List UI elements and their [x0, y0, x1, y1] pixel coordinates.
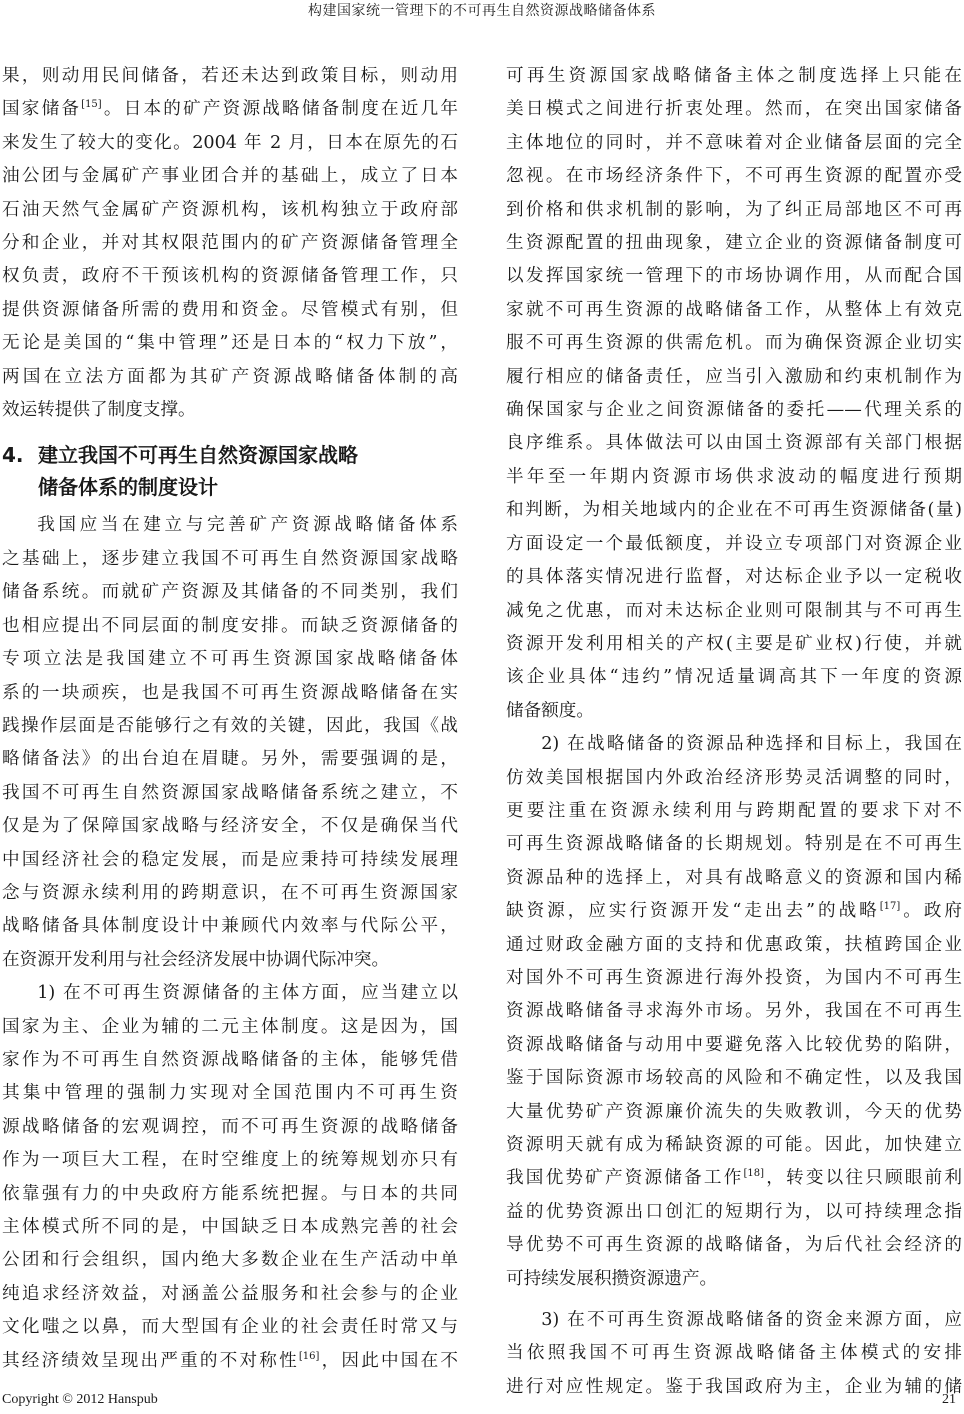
page-number: 21: [942, 1392, 956, 1408]
paragraph-item-2: 2) 在战略储备的资源品种选择和目标上，我国在 仿效美国根据国内外政治经济形势灵…: [506, 728, 962, 1296]
text-fragment: 。日本的矿产资源战略储备制度在近几年: [102, 99, 458, 119]
text-line: 可再生资源战略储备的长期规划。特别是在不可再生: [506, 828, 962, 861]
text-line: 资源明天就有成为稀缺资源的可能。因此，加快建立: [506, 1129, 962, 1162]
text-line: 到价格和供求机制的影响，为了纠正局部地区不可再: [506, 194, 962, 227]
text-line: 纯追求经济效益，对涵盖公益服务和社会参与的企业: [2, 1278, 458, 1311]
text-line: 践操作层面是否能够行之有效的关键，因此，我国《战: [2, 710, 458, 743]
text-line: 两国在立法方面都为其矿产资源战略储备体制的高: [2, 361, 458, 394]
text-line: 公团和行会组织，国内绝大多数企业在生产活动中单: [2, 1244, 458, 1277]
section-number: 4.: [2, 439, 38, 471]
right-column: 可再生资源国家战略储备主体之制度选择上只能在 美日模式之间进行折衷处理。然而，在…: [506, 60, 962, 1404]
text-line: 鉴于国际资源市场较高的风险和不确定性，以及我国: [506, 1062, 962, 1095]
text-line: 储备额度。: [506, 695, 962, 728]
text-line: 生资源配置的扭曲现象，建立企业的资源储备制度可: [506, 227, 962, 260]
text-line: 资源品种的选择上，对具有战略意义的资源和国内稀: [506, 862, 962, 895]
text-fragment: 我国优势矿产资源储备工作: [506, 1168, 744, 1188]
text-fragment: ，转变以往只顾眼前利: [764, 1168, 962, 1188]
text-line: 略储备法》的出台迫在眉睫。另外，需要强调的是，: [2, 743, 458, 776]
text-fragment: 。政府: [900, 901, 962, 921]
text-line: 主体地位的同时，并不意味着对企业储备层面的完全: [506, 127, 962, 160]
text-line: 其集中管理的强制力实现对全国范围内不可再生资: [2, 1077, 458, 1110]
text-line: 履行相应的储备责任，应当引入激励和约束机制作为: [506, 361, 962, 394]
text-line: 资源战略储备与动用中要避免落入比较优势的陷阱，: [506, 1029, 962, 1062]
text-line: 依靠强有力的中央政府方能系统把握。与日本的共同: [2, 1178, 458, 1211]
text-fragment: 缺资源，应实行资源开发“走出去”的战略: [506, 901, 880, 921]
text-line: 良序维系。具体做法可以由国土资源部有关部门根据: [506, 427, 962, 460]
text-line: 储备系统。而就矿产资源及其储备的不同类别，我们: [2, 576, 458, 609]
text-line: 导优势不可再生资源的战略储备，为后代社会经济的: [506, 1229, 962, 1262]
text-line: 之基础上，逐步建立我国不可再生自然资源国家战略: [2, 543, 458, 576]
paragraph-item-1: 1) 在不可再生资源储备的主体方面，应当建立以 国家为主、企业为辅的二元主体制度…: [2, 977, 458, 1378]
text-line: 确保国家与企业之间资源储备的委托——代理关系的: [506, 394, 962, 427]
running-header: 构建国家统一管理下的不可再生自然资源战略储备体系: [0, 0, 964, 22]
text-line: 方面设定一个最低额度，并设立专项部门对资源企业: [506, 528, 962, 561]
text-line: 益的优势资源出口创汇的短期行为，以可持续理念指: [506, 1196, 962, 1229]
text-line: 权负责，政府不干预该机构的资源储备管理工作，只: [2, 260, 458, 293]
citation-ref[interactable]: [16]: [299, 1351, 320, 1362]
text-line: 战略储备具体制度设计中兼顾代内效率与代际公平，: [2, 910, 458, 943]
text-line: 国家储备[15]。日本的矿产资源战略储备制度在近几年: [2, 93, 458, 126]
text-line: 以发挥国家统一管理下的市场协调作用，从而配合国: [506, 260, 962, 293]
text-line: 资源战略储备寻求海外市场。另外，我国在不可再生: [506, 995, 962, 1028]
text-line: 源战略储备的宏观调控，而不可再生资源的战略储备: [2, 1111, 458, 1144]
text-line: 也相应提出不同层面的制度安排。而缺乏资源储备的: [2, 610, 458, 643]
text-line: 作为一项巨大工程，在时空维度上的统筹规划亦只有: [2, 1144, 458, 1177]
text-line: 专项立法是我国建立不可再生资源国家战略储备体: [2, 643, 458, 676]
text-line: 缺资源，应实行资源开发“走出去”的战略[17]。政府: [506, 895, 962, 928]
section-title-line1: 建立我国不可再生自然资源国家战略: [38, 443, 358, 467]
text-line: 家就不可再生资源的战略储备工作，从整体上有效克: [506, 294, 962, 327]
text-line: 家作为不可再生自然资源战略储备的主体，能够凭借: [2, 1044, 458, 1077]
text-fragment: 其经济绩效呈现出严重的不对称性: [2, 1351, 299, 1371]
text-line: 无论是美国的“集中管理”还是日本的“权力下放”，: [2, 327, 458, 360]
text-line: 3) 在不可再生资源战略储备的资金来源方面，应: [506, 1304, 962, 1337]
text-line: 提供资源储备所需的费用和资金。尽管模式有别，但: [2, 294, 458, 327]
text-line: 可再生资源国家战略储备主体之制度选择上只能在: [506, 60, 962, 93]
citation-ref[interactable]: [17]: [880, 901, 901, 912]
text-fragment: ，因此中国在不: [319, 1351, 458, 1371]
citation-ref[interactable]: [15]: [81, 99, 102, 110]
text-line: 我国不可再生自然资源国家战略储备系统之建立，不: [2, 777, 458, 810]
text-line: 来发生了较大的变化。2004 年 2 月，日本在原先的石: [2, 127, 458, 160]
text-line: 我国优势矿产资源储备工作[18]，转变以往只顾眼前利: [506, 1162, 962, 1195]
text-line: 石油天然气金属矿产资源机构，该机构独立于政府部: [2, 194, 458, 227]
text-line: 通过财政金融方面的支持和优惠政策，扶植跨国企业: [506, 929, 962, 962]
text-line: 果，则动用民间储备，若还未达到政策目标，则动用: [2, 60, 458, 93]
text-line: 对国外不可再生资源进行海外投资，为国内不可再生: [506, 962, 962, 995]
paragraph-intro: 我国应当在建立与完善矿产资源战略储备体系 之基础上，逐步建立我国不可再生自然资源…: [2, 509, 458, 977]
text-line: 效运转提供了制度支撑。: [2, 394, 458, 427]
text-line: 中国经济社会的稳定发展，而是应秉持可持续发展理: [2, 844, 458, 877]
text-line: 念与资源永续利用的跨期意识，在不可再生资源国家: [2, 877, 458, 910]
paragraph-item-3: 3) 在不可再生资源战略储备的资金来源方面，应 当依照我国不可再生资源战略储备主…: [506, 1304, 962, 1404]
text-line: 大量优势矿产资源廉价流失的失败教训，今天的优势: [506, 1096, 962, 1129]
text-line: 国家为主、企业为辅的二元主体制度。这是因为，国: [2, 1011, 458, 1044]
text-line: 进行对应性规定。鉴于我国政府为主，企业为辅的储: [506, 1371, 962, 1404]
text-line: 1) 在不可再生资源储备的主体方面，应当建立以: [2, 977, 458, 1010]
text-line: 油公团与金属矿产事业团合并的基础上，成立了日本: [2, 160, 458, 193]
text-line: 2) 在战略储备的资源品种选择和目标上，我国在: [506, 728, 962, 761]
text-line: 其经济绩效呈现出严重的不对称性[16]，因此中国在不: [2, 1345, 458, 1378]
text-line: 分和企业，并对其权限范围内的矿产资源储备管理全: [2, 227, 458, 260]
text-line: 更要注重在资源永续利用与跨期配置的要求下对不: [506, 795, 962, 828]
text-line: 美日模式之间进行折衷处理。然而，在突出国家储备: [506, 93, 962, 126]
text-line: 减免之优惠，而对未达标企业则可限制其与不可再生: [506, 595, 962, 628]
citation-ref[interactable]: [18]: [744, 1168, 765, 1179]
section-heading: 4.建立我国不可再生自然资源国家战略 储备体系的制度设计: [2, 439, 458, 503]
text-line: 忽视。在市场经济条件下，不可再生资源的配置亦受: [506, 160, 962, 193]
text-line: 和判断，为相关地域内的企业在不可再生资源储备(量): [506, 494, 962, 527]
text-line: 半年至一年期内资源市场供求波动的幅度进行预期: [506, 461, 962, 494]
copyright-notice: Copyright © 2012 Hanspub: [2, 1392, 158, 1408]
text-line: 资源开发利用相关的产权(主要是矿业权)行使，并就: [506, 628, 962, 661]
section-title-line2: 储备体系的制度设计: [2, 471, 458, 503]
text-line: 在资源开发利用与社会经济发展中协调代际冲突。: [2, 944, 458, 977]
text-line: 当依照我国不可再生资源战略储备主体模式的安排: [506, 1337, 962, 1370]
text-line: 的具体落实情况进行监督，对达标企业予以一定税收: [506, 561, 962, 594]
paragraph-japan-reserve: 果，则动用民间储备，若还未达到政策目标，则动用 国家储备[15]。日本的矿产资源…: [2, 60, 458, 427]
text-line: 我国应当在建立与完善矿产资源战略储备体系: [2, 509, 458, 542]
paragraph-enterprise-reserve: 可再生资源国家战略储备主体之制度选择上只能在 美日模式之间进行折衷处理。然而，在…: [506, 60, 962, 728]
text-line: 主体模式所不同的是，中国缺乏日本成熟完善的社会: [2, 1211, 458, 1244]
text-line: 仅是为了保障国家战略与经济安全，不仅是确保当代: [2, 810, 458, 843]
text-line: 仿效美国根据国内外政治经济形势灵活调整的同时，: [506, 762, 962, 795]
text-line: 文化嗤之以鼻，而大型国有企业的社会责任时常又与: [2, 1311, 458, 1344]
text-line: 该企业具体“违约”情况适量调高其下一年度的资源: [506, 661, 962, 694]
left-column: 果，则动用民间储备，若还未达到政策目标，则动用 国家储备[15]。日本的矿产资源…: [2, 60, 458, 1378]
text-line: 服不可再生资源的供需危机。而为确保资源企业切实: [506, 327, 962, 360]
text-line: 系的一块顽疾，也是我国不可再生资源战略储备在实: [2, 677, 458, 710]
text-fragment: 国家储备: [2, 99, 81, 119]
text-line: 可持续发展积攒资源遗产。: [506, 1263, 962, 1296]
